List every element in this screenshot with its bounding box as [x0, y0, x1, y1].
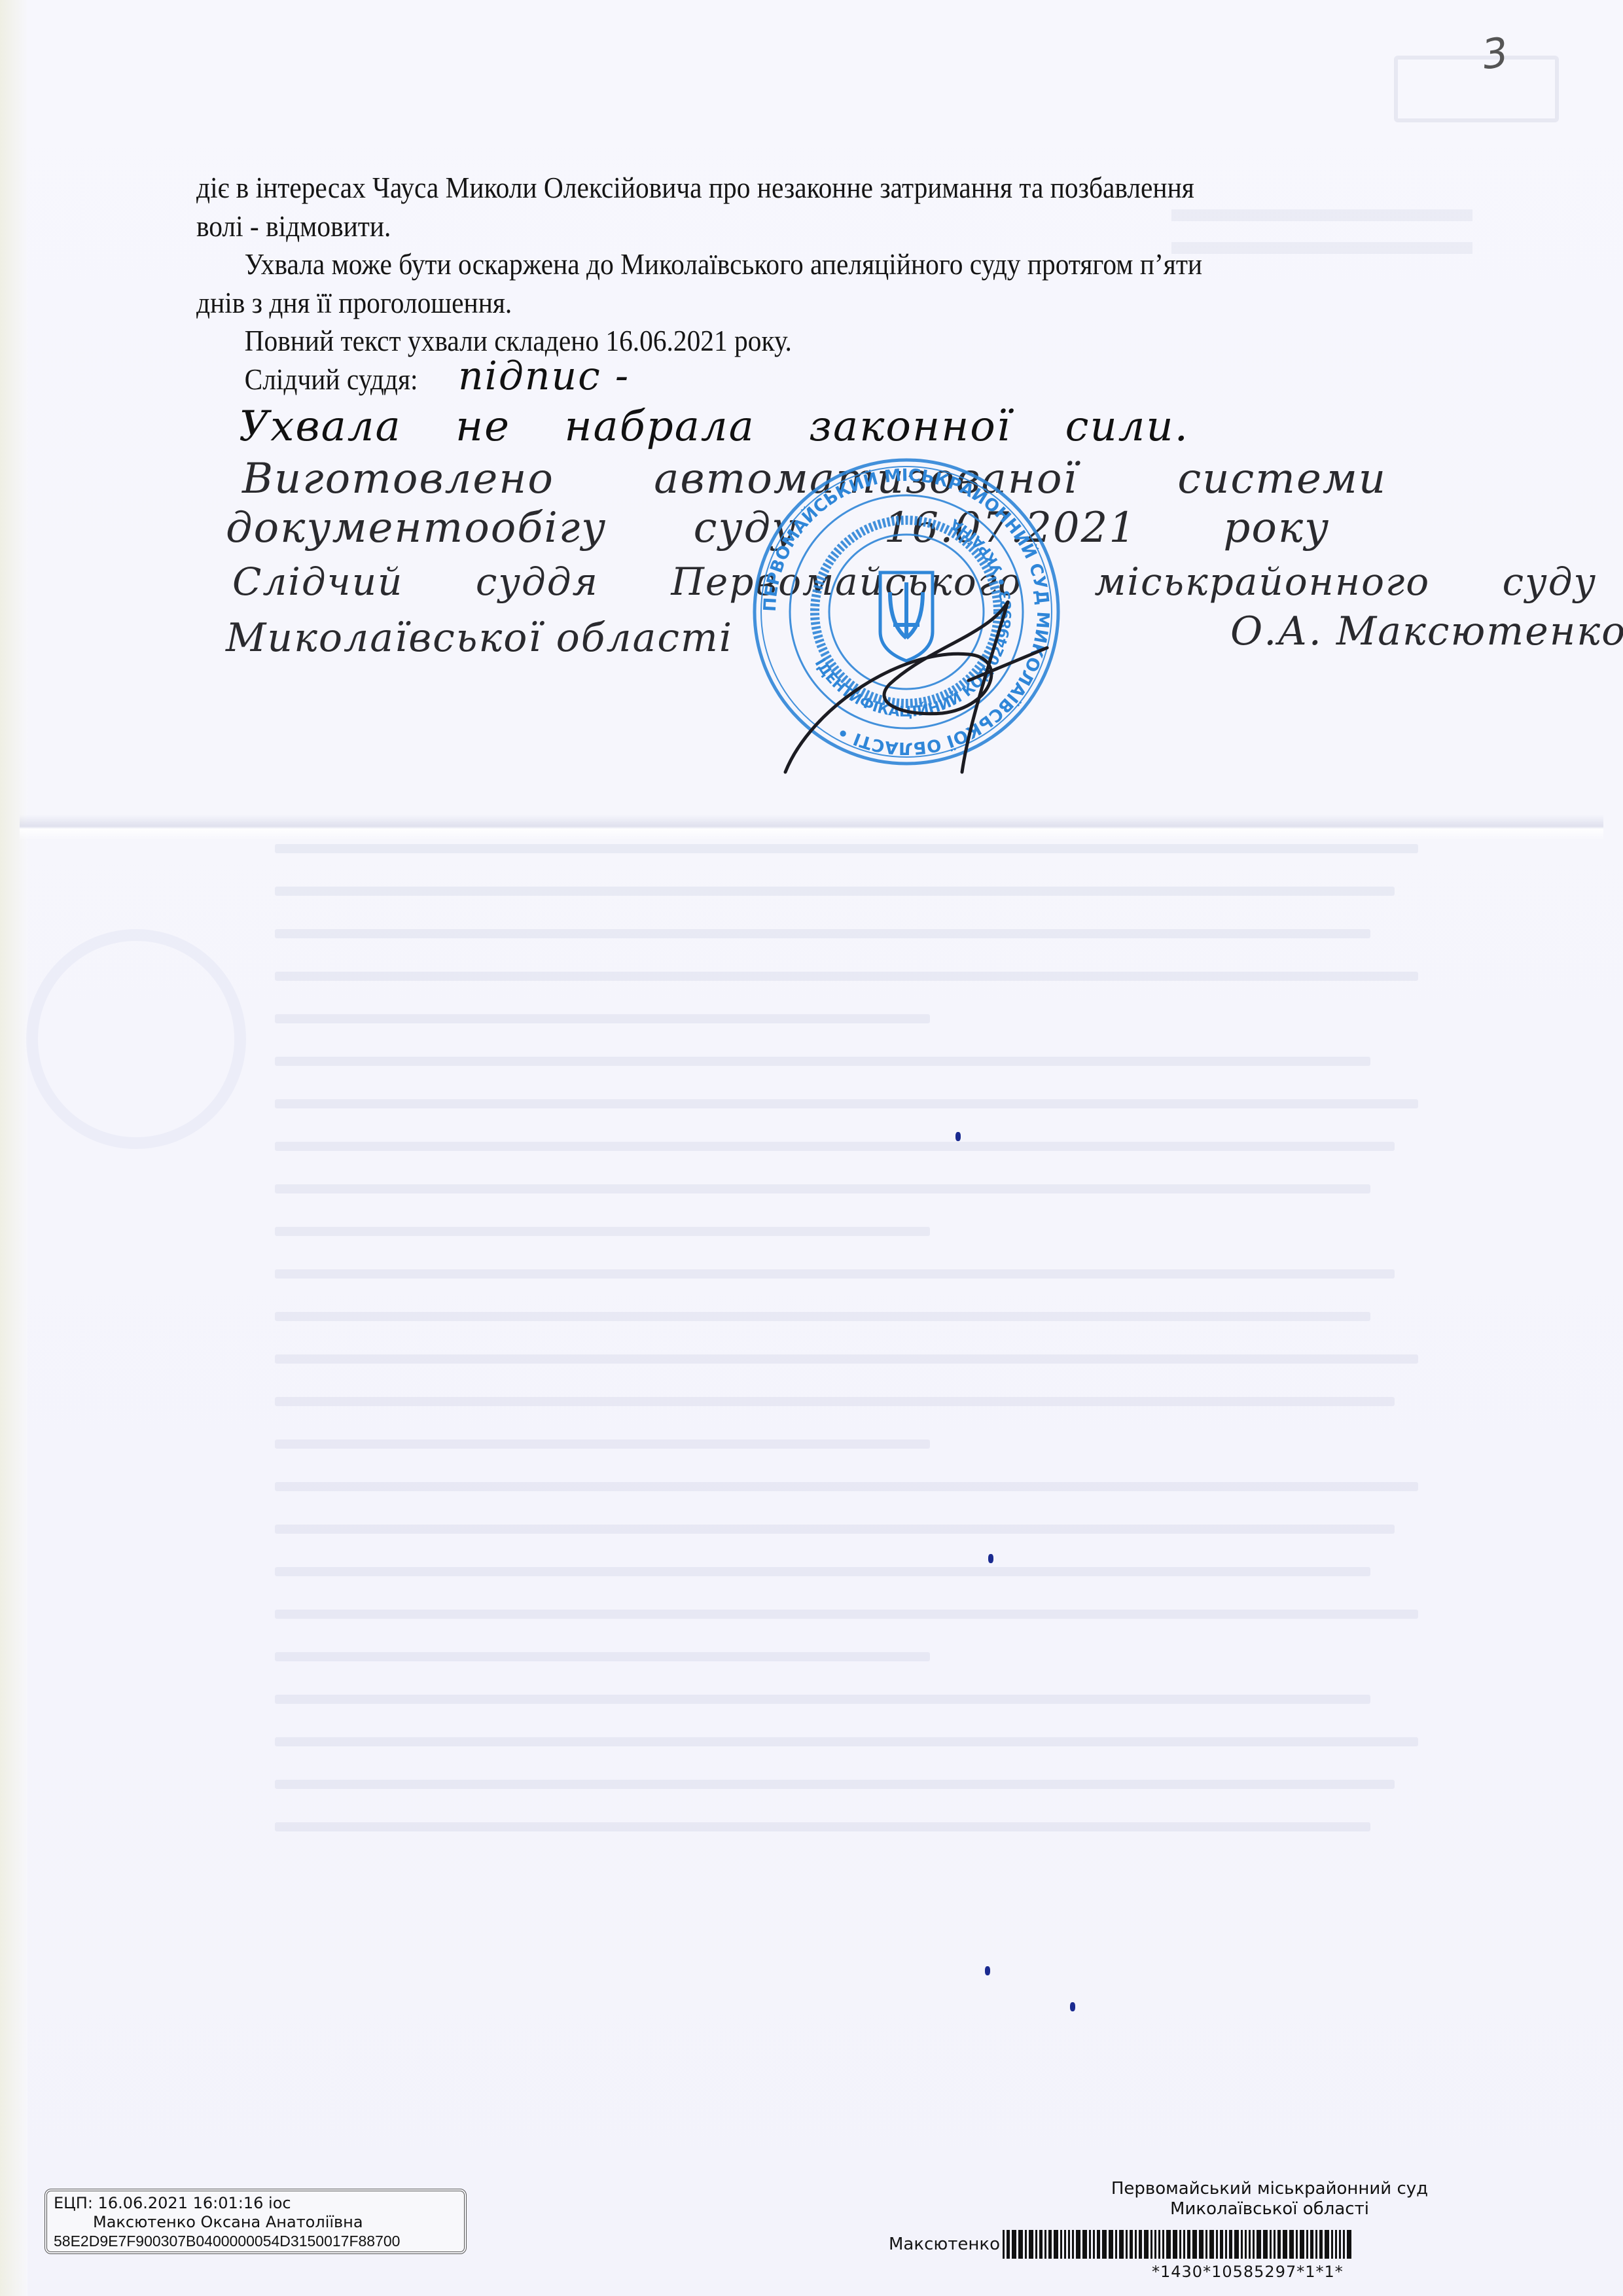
paragraph-line: Ухвала може бути оскаржена до Миколаївсь… [196, 245, 1322, 284]
document-body: діє в інтересах Чауса Миколи Олексійович… [196, 169, 1322, 398]
ink-speck [988, 1554, 993, 1563]
scan-edge [0, 0, 27, 2296]
judge-signature [772, 576, 1139, 785]
ink-speck [1070, 2002, 1075, 2011]
judge-label: Слідчий суддя: [245, 363, 418, 396]
ink-speck [985, 1966, 990, 1975]
paragraph-line: днів з дня її проголошення. [196, 284, 1322, 323]
ink-speck [955, 1132, 961, 1141]
barcode [1003, 2230, 1497, 2259]
signer-name: Максютенко Оксана Анатоліївна [54, 2213, 457, 2232]
digital-signature-box: ЕЦП: 16.06.2021 16:01:16 іос Максютенко … [45, 2189, 467, 2254]
show-through-text [275, 844, 1466, 1891]
court-region-line: Миколаївської області [1047, 2199, 1492, 2219]
paragraph-line: волі - відмовити. [196, 207, 1322, 246]
handwritten-judge-name: О.А. Максютенко [1230, 609, 1623, 654]
paragraph-line: Повний текст ухвали складено 16.06.2021 … [196, 322, 1322, 361]
court-name-line: Первомайський міськрайонний суд [1047, 2179, 1492, 2199]
paper-fold [20, 815, 1603, 841]
barcode-row: Максютенко [889, 2225, 1497, 2264]
barcode-code: *1430*10585297*1*1* [1152, 2263, 1344, 2281]
handwritten-line: Ухвала не набрала законної сили. [239, 402, 1189, 451]
signature-hash: 58E2D9E7F900307B0400000054D3150017F88700 [54, 2232, 457, 2251]
show-through-box [1394, 56, 1559, 122]
judge-line: Слідчий суддя: [196, 361, 1322, 399]
barcode-owner: Максютенко [889, 2234, 1000, 2254]
signature-timestamp: ЕЦП: 16.06.2021 16:01:16 іос [54, 2194, 457, 2213]
court-name-footer: Первомайський міськрайонний суд Миколаїв… [1047, 2179, 1492, 2219]
paragraph-line: діє в інтересах Чауса Миколи Олексійович… [196, 169, 1322, 207]
handwritten-line: Миколаївської області [226, 615, 733, 661]
show-through-stamp [26, 929, 246, 1149]
handwritten-signature-word: підпис - [458, 353, 630, 399]
